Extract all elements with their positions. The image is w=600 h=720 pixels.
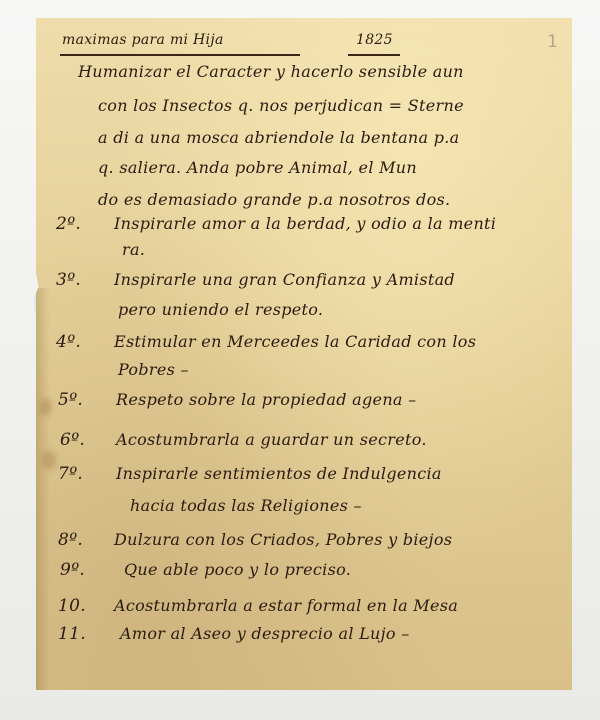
intro-line: do es demasiado grande p.a nosotros dos. <box>98 190 450 209</box>
document-title: maximas para mi Hija <box>62 32 224 48</box>
maxim-text: Inspirarle amor a la berdad, y odio a la… <box>114 214 496 233</box>
maxim-text: hacia todas las Religiones – <box>130 496 362 515</box>
maxim-text: ra. <box>122 240 145 259</box>
year-underline <box>348 54 400 56</box>
document-year: 1825 <box>356 32 393 48</box>
page-number: 1 <box>547 32 558 52</box>
maxim-text: Inspirarle sentimientos de Indulgencia <box>116 464 442 483</box>
maxim-number: 6º. <box>60 430 85 450</box>
maxim-number: 3º. <box>56 270 81 290</box>
torn-edge <box>36 288 50 698</box>
maxim-number: 11. <box>58 624 86 644</box>
title-underline <box>60 54 300 56</box>
maxim-number: 10. <box>58 596 86 616</box>
maxim-text: Acostumbrarla a guardar un secreto. <box>116 430 427 449</box>
intro-line: q. saliera. Anda pobre Animal, el Mun <box>98 158 417 177</box>
maxim-number: 9º. <box>60 560 85 580</box>
maxim-text: Respeto sobre la propiedad agena – <box>116 390 416 409</box>
maxim-text: Estimular en Merceedes la Caridad con lo… <box>114 332 476 351</box>
manuscript-page: maximas para mi Hija 1825 1 Humanizar el… <box>36 18 572 690</box>
maxim-text: Que able poco y lo preciso. <box>124 560 351 579</box>
maxim-text: Inspirarle una gran Confianza y Amistad <box>114 270 455 289</box>
maxim-number: 5º. <box>58 390 83 410</box>
maxim-text: Acostumbrarla a estar formal en la Mesa <box>114 596 458 615</box>
maxim-text: Dulzura con los Criados, Pobres y biejos <box>114 530 452 549</box>
intro-line: a di a una mosca abriendole la bentana p… <box>98 128 460 147</box>
maxim-number: 2º. <box>56 214 81 234</box>
foxing-stain <box>40 398 52 416</box>
maxim-number: 8º. <box>58 530 83 550</box>
intro-line: Humanizar el Caracter y hacerlo sensible… <box>78 62 464 81</box>
maxim-text: pero uniendo el respeto. <box>118 300 323 319</box>
intro-line: con los Insectos q. nos perjudican = Ste… <box>98 96 464 115</box>
maxim-number: 4º. <box>56 332 81 352</box>
maxim-number: 7º. <box>58 464 83 484</box>
photo-scene: maximas para mi Hija 1825 1 Humanizar el… <box>0 0 600 720</box>
maxim-text: Pobres – <box>118 360 189 379</box>
foxing-stain <box>42 450 56 470</box>
maxim-text: Amor al Aseo y desprecio al Lujo – <box>120 624 410 643</box>
